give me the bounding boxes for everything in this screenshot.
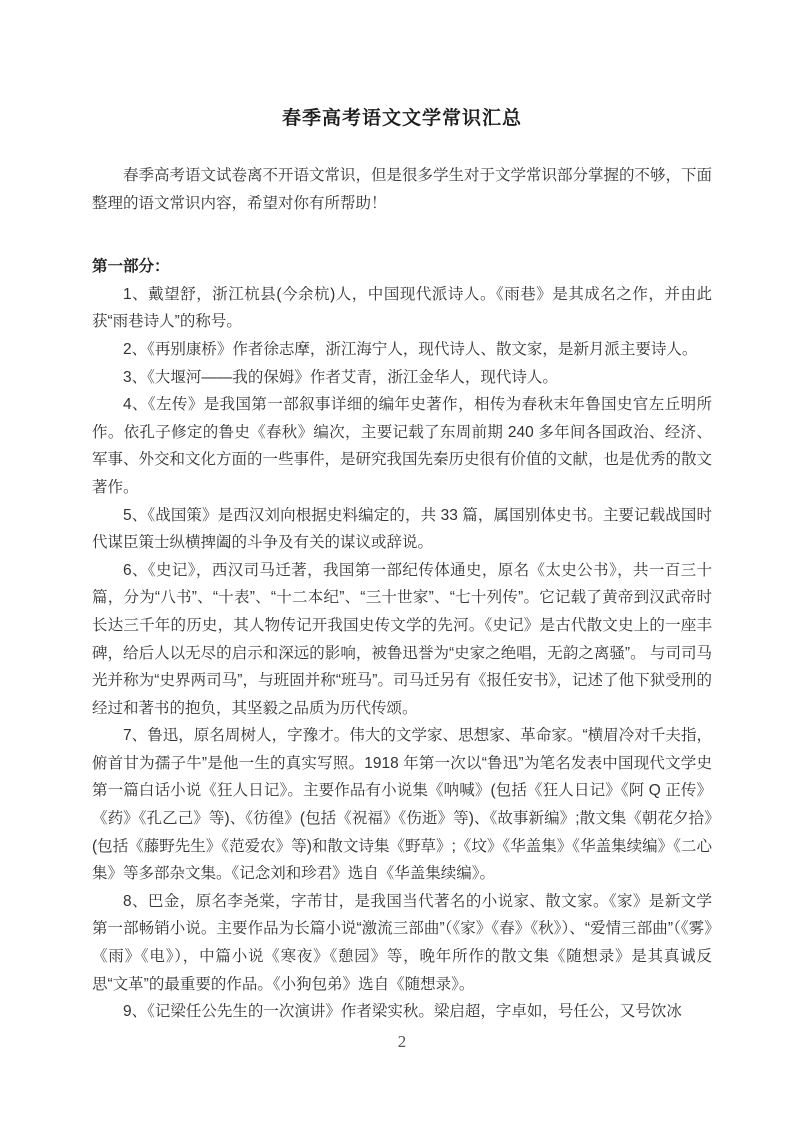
list-item-1: 1、戴望舒，浙江杭县(今余杭)人，中国现代派诗人。《雨巷》是其成名之作，并由此获… xyxy=(92,281,712,336)
intro-paragraph: 春季高考语文试卷离不开语文常识，但是很多学生对于文学常识部分掌握的不够，下面整理… xyxy=(92,162,712,217)
items-container: 1、戴望舒，浙江杭县(今余杭)人，中国现代派诗人。《雨巷》是其成名之作，并由此获… xyxy=(92,281,712,1026)
list-item-5: 5、《战国策》是西汉刘向根据史料编定的，共 33 篇，属国别体史书。主要记载战国… xyxy=(92,502,712,557)
section-heading-part-one: 第一部分： xyxy=(92,253,712,281)
list-item-9: 9、《记梁任公先生的一次演讲》作者梁实秋。梁启超，字卓如，号任公，又号饮冰 xyxy=(92,998,712,1026)
list-item-7: 7、鲁迅，原名周树人，字豫才。伟大的文学家、思想家、革命家。“横眉冷对千夫指，俯… xyxy=(92,722,712,888)
page-title: 春季高考语文文学常识汇总 xyxy=(92,106,712,132)
page-number: 2 xyxy=(92,1032,712,1052)
document-page: 春季高考语文文学常识汇总 春季高考语文试卷离不开语文常识，但是很多学生对于文学常… xyxy=(0,0,800,1126)
list-item-4: 4、《左传》是我国第一部叙事详细的编年史著作，相传为春秋末年鲁国史官左丘明所作。… xyxy=(92,391,712,501)
list-item-2: 2、《再别康桥》作者徐志摩，浙江海宁人，现代诗人、散文家，是新月派主要诗人。 xyxy=(92,336,712,364)
list-item-3: 3、《大堰河——我的保姆》作者艾青，浙江金华人，现代诗人。 xyxy=(92,364,712,392)
list-item-8: 8、巴金，原名李尧棠，字芾甘，是我国当代著名的小说家、散文家。《家》是新文学第一… xyxy=(92,888,712,998)
list-item-6: 6、《史记》，西汉司马迁著，我国第一部纪传体通史，原名《太史公书》，共一百三十篇… xyxy=(92,557,712,723)
